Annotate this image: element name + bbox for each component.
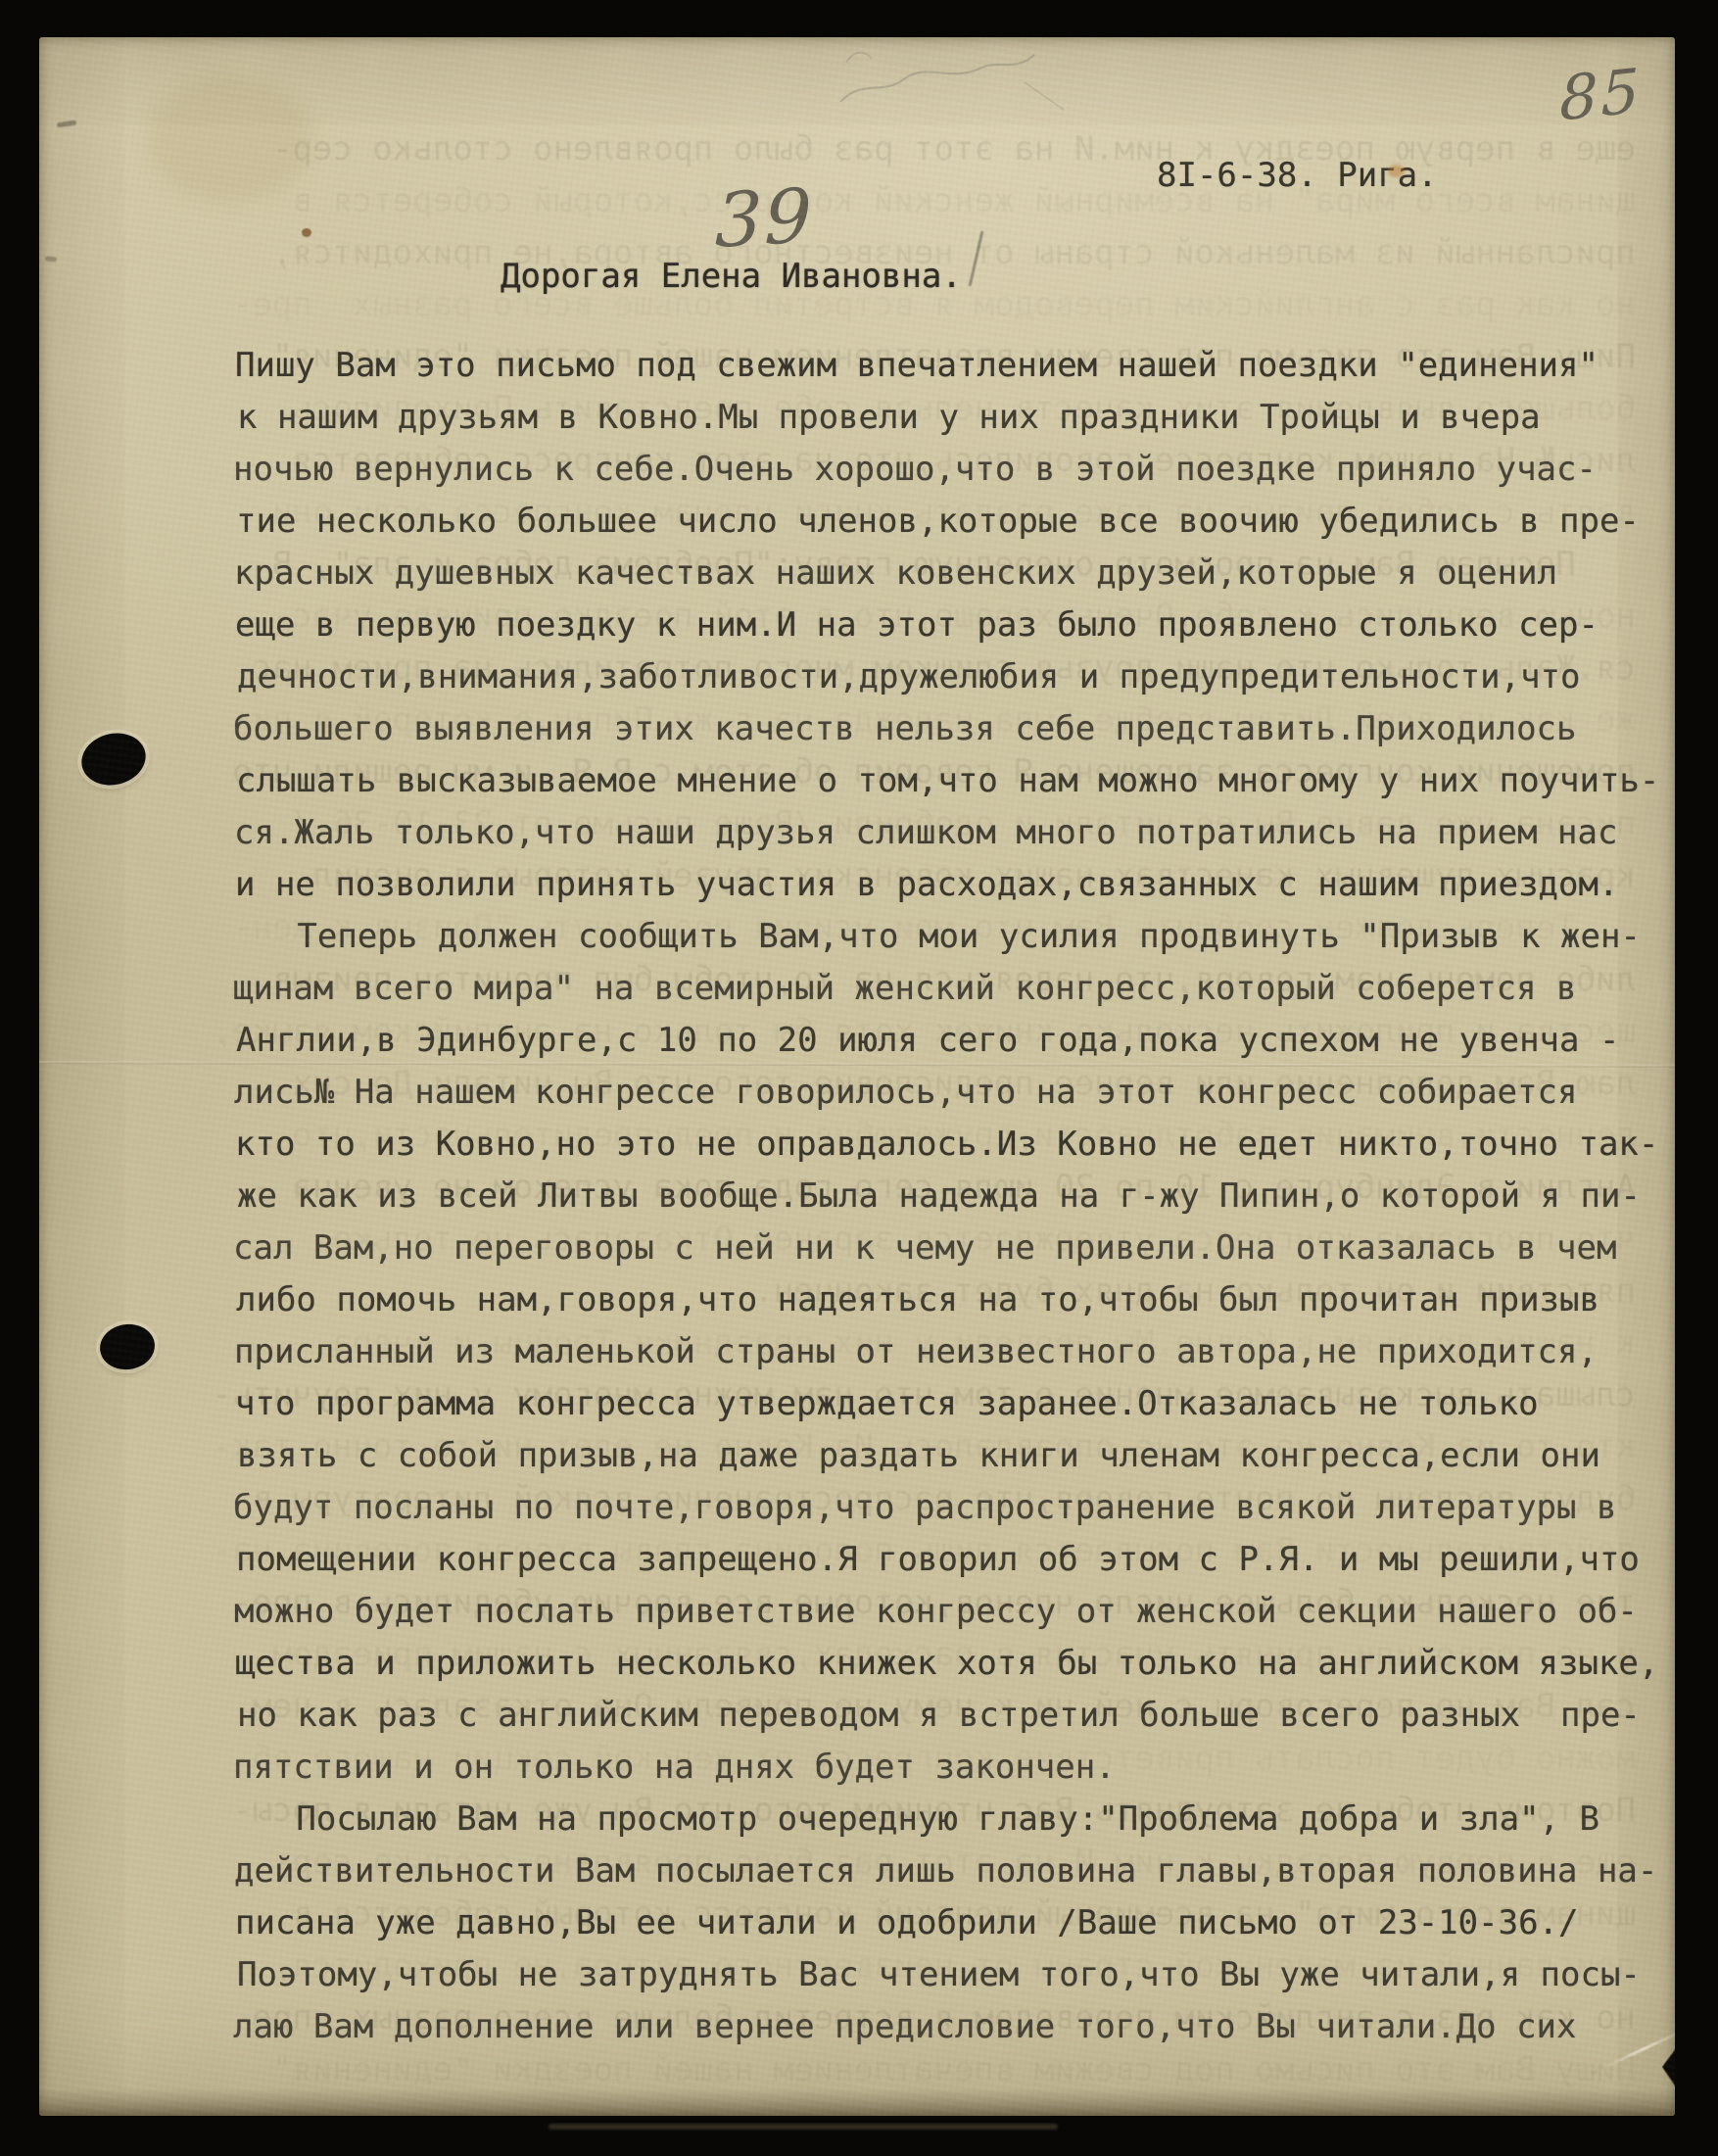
typed-line: сал Вам,но переговоры с ней ни к чему не…	[233, 1229, 1616, 1268]
typed-line: кто то из Ковно,но это не оправдалось.Из…	[235, 1126, 1658, 1164]
typed-line: красных душевных качествах наших ковенск…	[234, 554, 1557, 593]
typed-line: тие несколько большее число членов,котор…	[236, 503, 1640, 541]
typed-line: и не позволили принять участия в расхода…	[235, 866, 1618, 904]
corner-tear	[1662, 2047, 1675, 2088]
typed-line: лись№ На нашем конгрессе говорилось,что …	[234, 1074, 1577, 1112]
typed-line: большего выявления этих качеств нельзя с…	[233, 710, 1576, 748]
typed-line: дечности,внимания,заботливости,дружелюби…	[237, 658, 1580, 696]
punch-hole-bottom	[97, 1320, 158, 1372]
typed-line: еще в первую поездку к ним.И на этот раз…	[235, 606, 1599, 645]
typed-line: к нашим друзьям в Ковно.Мы провели у них…	[237, 399, 1541, 437]
adjacent-page-sliver	[549, 2124, 1058, 2130]
typed-line: присланный из маленькой страны от неизве…	[234, 1333, 1598, 1371]
edge-speck	[45, 256, 57, 262]
typed-line: что программа конгресса утверждается зар…	[235, 1385, 1539, 1423]
scan-background: еще в первую поездку к ним.И на этот раз…	[0, 0, 1718, 2156]
typed-line: Англии,в Эдинбурге,с 10 по 20 июля сего …	[236, 1022, 1619, 1060]
typed-line: писана уже давно,Вы ее читали и одобрили…	[235, 1904, 1578, 1942]
typed-line: можно будет послать приветствие конгресс…	[234, 1593, 1638, 1631]
typed-line: же как из всей Литвы вообще.Была надежда…	[237, 1177, 1641, 1216]
letter-page: еще в первую поездку к ним.И на этот раз…	[39, 37, 1675, 2116]
typed-line: Поэтому,чтобы не затруднять Вас чтением …	[237, 1956, 1641, 1994]
typed-line: Теперь должен сообщить Вам,что мои усили…	[237, 918, 1641, 956]
typed-line: щества и приложить несколько книжек хотя…	[235, 1645, 1658, 1683]
typed-line: взять с собой призыв,на даже раздать кни…	[237, 1437, 1600, 1475]
bottom-edge-shadow	[39, 2088, 1675, 2116]
typed-line: ночью вернулись к себе.Очень хорошо,что …	[233, 451, 1597, 489]
typed-line: либо помочь нам,говоря,что надеяться на …	[236, 1281, 1599, 1319]
typed-line: слышать высказываемое мнение о том,что н…	[236, 762, 1659, 800]
typed-line: ся.Жаль только,что наши друзья слишком м…	[234, 814, 1617, 852]
typed-line: лаю Вам дополнение или вернее предислови…	[233, 2008, 1576, 2046]
edge-speck	[57, 120, 77, 128]
typed-line: пятствии и он только на днях будет закон…	[233, 1749, 1116, 1787]
typed-line: Пишу Вам это письмо под свежим впечатлен…	[235, 347, 1599, 385]
typed-line: но как раз с английским переводом я встр…	[237, 1697, 1641, 1735]
typed-line: Посылаю Вам на просмотр очередную главу:…	[236, 1800, 1599, 1839]
typed-line: помещении конгресса запрещено.Я говорил …	[236, 1541, 1640, 1579]
typed-line: щинам всего мира" на всемирный женский к…	[233, 970, 1576, 1008]
letter-body: Пишу Вам это письмо под свежим впечатлен…	[235, 37, 1675, 2116]
typed-line: будут посланы по почте,говоря,что распро…	[233, 1489, 1616, 1527]
typed-line: действительности Вам посылается лишь пол…	[234, 1852, 1657, 1891]
punch-hole-top	[76, 727, 152, 791]
